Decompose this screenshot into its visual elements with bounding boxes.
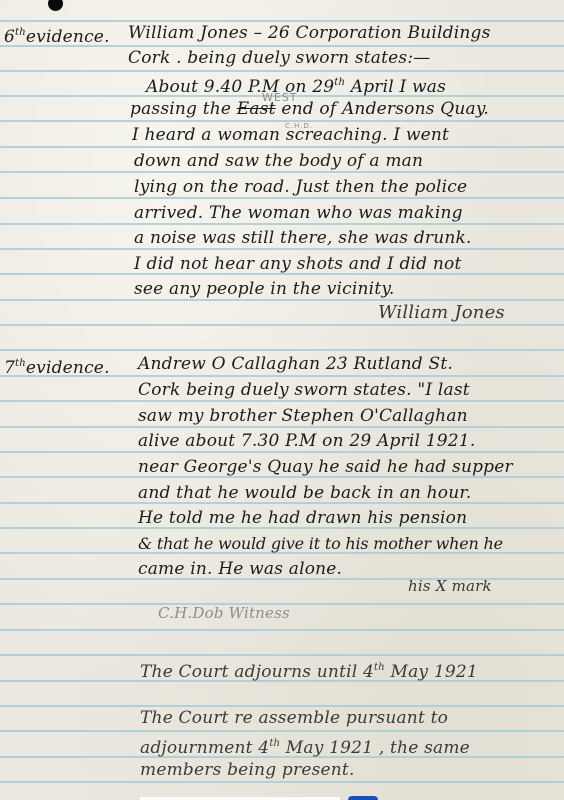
rule-line bbox=[0, 248, 564, 250]
rule-line bbox=[0, 730, 564, 732]
rule-line bbox=[0, 299, 564, 301]
rule-line bbox=[0, 426, 564, 428]
rule-line bbox=[0, 70, 564, 72]
evidence-7-line: saw my brother Stephen O'Callaghan bbox=[138, 406, 468, 426]
rule-line bbox=[0, 781, 564, 783]
evidence-6-line: Cork . being duely sworn states:— bbox=[128, 48, 430, 68]
evidence-7-line: near George's Quay he said he had supper bbox=[138, 457, 513, 477]
reassembly-line: members being present. bbox=[140, 760, 355, 780]
evidence-7-line: & that he would give it to his mother wh… bbox=[138, 534, 503, 554]
witness-signature: C.H.Dob Witness bbox=[158, 603, 290, 623]
rule-line bbox=[0, 120, 564, 122]
rule-line bbox=[0, 400, 564, 402]
rule-line bbox=[0, 349, 564, 351]
evidence-6-line: see any people in the vicinity. bbox=[134, 279, 395, 299]
evidence-6-line: arrived. The woman who was making bbox=[134, 203, 463, 223]
bottom-blue-tab bbox=[348, 796, 378, 800]
evidence-7-line: Andrew O Callaghan 23 Rutland St. bbox=[138, 354, 453, 374]
his-mark: his X mark bbox=[408, 576, 492, 596]
evidence-7-line: came in. He was alone. bbox=[138, 559, 342, 579]
signature-william-jones: William Jones bbox=[378, 303, 505, 323]
rule-line bbox=[0, 629, 564, 631]
reassembly-line: adjournment 4th May 1921 , the same bbox=[140, 734, 470, 758]
evidence-6-label: 6thevidence. bbox=[4, 23, 110, 47]
rule-line bbox=[0, 197, 564, 199]
punch-hole bbox=[48, 0, 63, 11]
rule-line bbox=[0, 324, 564, 326]
evidence-6-line: I did not hear any shots and I did not bbox=[134, 254, 462, 274]
ledger-page: 6thevidence. William Jones – 26 Corporat… bbox=[0, 0, 564, 800]
evidence-7-line: and that he would be back in an hour. bbox=[138, 483, 471, 503]
evidence-7-line: Cork being duely sworn states. "I last bbox=[138, 380, 470, 400]
adjournment-line: The Court adjourns until 4th May 1921 bbox=[140, 658, 478, 682]
evidence-7-line: alive about 7.30 P.M on 29 April 1921. bbox=[138, 431, 475, 451]
rule-line bbox=[0, 146, 564, 148]
rule-line bbox=[0, 20, 564, 22]
evidence-6-line: down and saw the body of a man bbox=[134, 151, 423, 171]
rule-line bbox=[0, 223, 564, 225]
rule-line bbox=[0, 654, 564, 656]
reassembly-line: The Court re assemble pursuant to bbox=[140, 708, 448, 728]
evidence-6-line: I heard a woman screaching. I went bbox=[132, 125, 449, 145]
evidence-6-line: a noise was still there, she was drunk. bbox=[134, 228, 472, 248]
rule-line bbox=[0, 171, 564, 173]
evidence-7-label: 7thevidence. bbox=[4, 354, 110, 378]
rule-line bbox=[0, 705, 564, 707]
evidence-6-line: William Jones – 26 Corporation Buildings bbox=[128, 23, 491, 43]
evidence-6-line: lying on the road. Just then the police bbox=[134, 177, 467, 197]
evidence-7-line: He told me he had drawn his pension bbox=[138, 508, 467, 528]
rule-line bbox=[0, 451, 564, 453]
